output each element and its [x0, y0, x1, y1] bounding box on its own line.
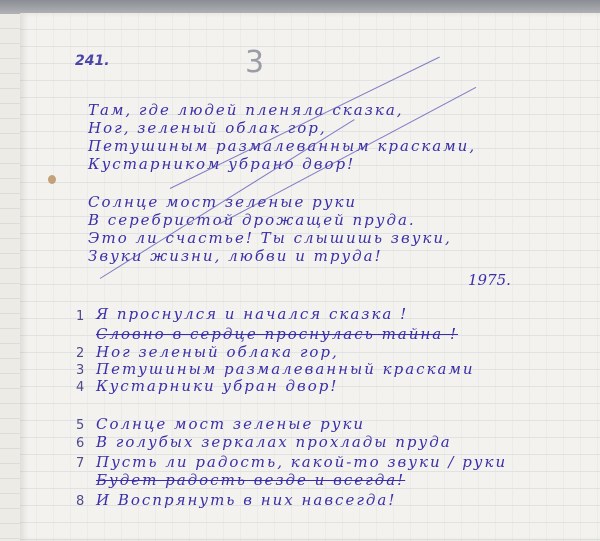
draft-1-line: Это ли счастье! Ты слышишь звуки, — [88, 229, 452, 247]
line-number: 5 — [76, 418, 84, 433]
draft-2-line: Я проснулся и начался сказка ! — [96, 305, 408, 323]
draft-2-line: Кустарники убран двор! — [96, 377, 338, 395]
draft-2-line: Петушиным размалеванный красками — [96, 360, 475, 378]
pencil-mark: 3 — [245, 45, 264, 80]
draft-2-line: Пусть ли радость, какой-то звуки / руки — [96, 453, 507, 471]
draft-2-line: Солнце мост зеленые руки — [96, 415, 365, 433]
draft-1-line: Там, где людей пленяла сказка, — [88, 101, 404, 119]
notebook-page: 241. 3 Там, где людей пленяла сказка, Но… — [20, 13, 600, 541]
draft-2-line: В голубых зеркалах прохлады пруда — [96, 433, 452, 451]
line-number: 3 — [76, 363, 84, 378]
draft-1-line: В серебристой дрожащей пруда. — [88, 211, 416, 229]
draft-2-line: Ног зеленый облака гор, — [96, 343, 339, 361]
draft-1-line: Петушиным размалеванным красками, — [88, 137, 476, 155]
draft-2-line-struck: Словно в сердце проснулась тайна ! — [96, 325, 458, 343]
ink-stain — [48, 175, 56, 184]
line-number: 7 — [76, 456, 84, 471]
draft-2-line-struck: Будет радость везде и всегда! — [96, 471, 405, 489]
line-number: 6 — [76, 436, 84, 451]
line-number: 8 — [76, 494, 84, 509]
line-number: 4 — [76, 380, 84, 395]
year-date: 1975. — [468, 271, 511, 289]
page-number: 241. — [75, 53, 110, 69]
draft-1-line: Кустарником убрано двор! — [88, 155, 355, 173]
line-number: 2 — [76, 346, 84, 361]
draft-1-line: Звуки жизни, любви и труда! — [88, 247, 383, 265]
line-number: 1 — [76, 309, 84, 324]
draft-2-line: И Воспрянуть в них навсегда! — [96, 491, 396, 509]
left-page-edge — [0, 14, 21, 541]
